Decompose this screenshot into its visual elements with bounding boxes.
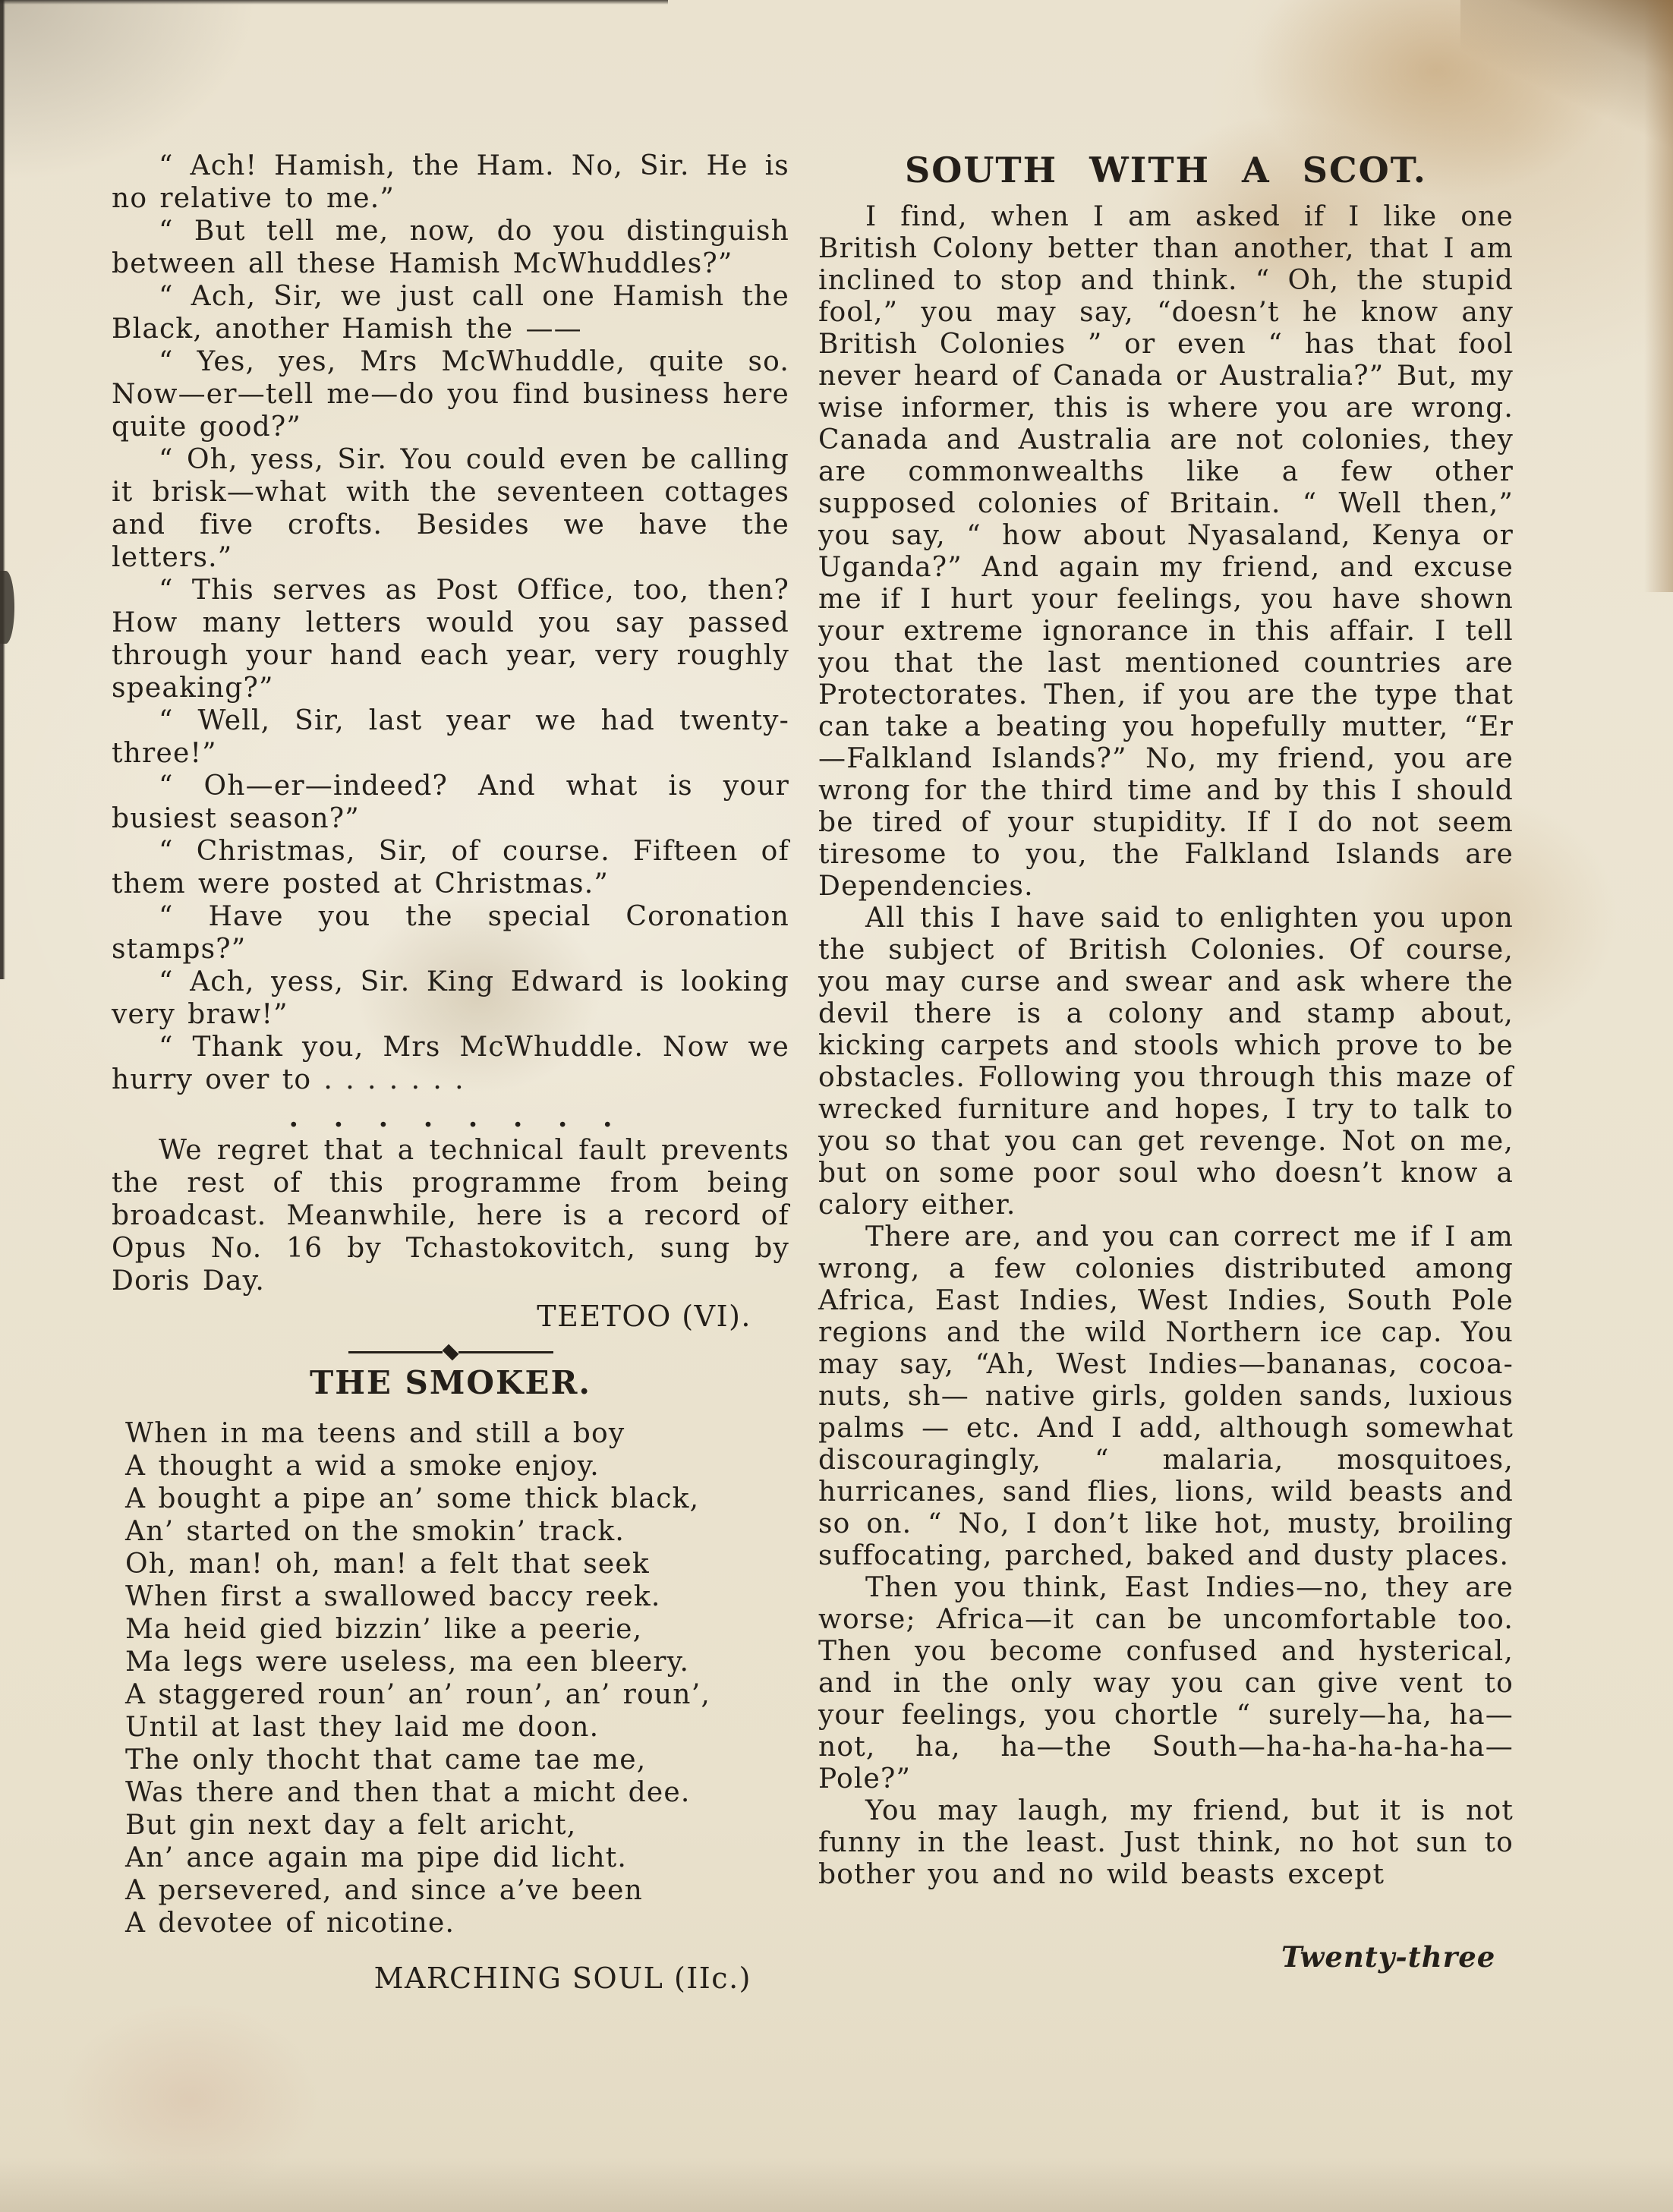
poem-line: Oh, man! oh, man! a felt that seek xyxy=(125,1548,789,1580)
poem-line: A devotee of nicotine. xyxy=(125,1907,789,1939)
dialogue-paragraph: “ Oh—er—indeed? And what is your busiest… xyxy=(112,770,789,835)
page-number: Twenty-three xyxy=(1281,1940,1495,1974)
dialogue-paragraph: “ Ach, Sir, we just call one Hamish the … xyxy=(112,280,789,345)
dialogue-paragraph: “ Christmas, Sir, of course. Fifteen of … xyxy=(112,835,789,900)
scan-edge-notch xyxy=(0,571,14,644)
divider-line xyxy=(458,1351,553,1353)
divider-line xyxy=(348,1351,443,1353)
magazine-page: “ Ach! Hamish, the Ham. No, Sir. He is n… xyxy=(0,0,1673,2212)
dialogue-paragraph: “ Well, Sir, last year we had twenty-thr… xyxy=(112,704,789,770)
right-column: SOUTH WITH A SCOT. I find, when I am ask… xyxy=(818,150,1514,1891)
poem-line: An’ started on the smokin’ track. xyxy=(125,1515,789,1548)
teetoo-signature: TEETOO (VI). xyxy=(112,1300,789,1333)
paper-stain-bottom-left xyxy=(61,2004,319,2194)
dialogue-paragraph: “ Have you the special Coronation stamps… xyxy=(112,900,789,966)
page-edge-band-bottom xyxy=(0,2157,1673,2212)
poem-line: The only thocht that came tae me, xyxy=(125,1744,789,1776)
poem-title: THE SMOKER. xyxy=(112,1366,789,1401)
article-paragraph: There are, and you can correct me if I a… xyxy=(818,1221,1514,1572)
poem-signature: MARCHING SOUL (IIc.) xyxy=(112,1962,789,1995)
poem-line: Until at last they laid me doon. xyxy=(125,1711,789,1744)
poem-line: When first a swallowed baccy reek. xyxy=(125,1580,789,1613)
announcement-paragraph: We regret that a technical fault prevent… xyxy=(112,1134,789,1297)
poem-line: Ma legs were useless, ma een bleery. xyxy=(125,1646,789,1678)
dialogue-paragraph: “ Oh, yess, Sir. You could even be calli… xyxy=(112,443,789,574)
poem-line: But gin next day a felt aricht, xyxy=(125,1809,789,1842)
left-column: “ Ach! Hamish, the Ham. No, Sir. He is n… xyxy=(112,150,789,1995)
article-paragraph: You may laugh, my friend, but it is not … xyxy=(818,1795,1514,1891)
article-title: SOUTH WITH A SCOT. xyxy=(818,150,1514,191)
poem-line: When in ma teens and still a boy xyxy=(125,1417,789,1450)
dialogue-paragraph: “ This serves as Post Office, too, then?… xyxy=(112,574,789,704)
poem-line: An’ ance again ma pipe did licht. xyxy=(125,1842,789,1874)
section-break-dots: . . . . . . . . xyxy=(112,1102,789,1133)
article-paragraph: Then you think, East Indies—no, they are… xyxy=(818,1572,1514,1795)
poem-line: A persevered, and since a’ve been xyxy=(125,1874,789,1907)
section-divider xyxy=(348,1347,553,1358)
poem-line: A bought a pipe an’ some thick black, xyxy=(125,1483,789,1515)
scan-edge-left xyxy=(0,0,5,979)
poem-line: Ma heid gied bizzin’ like a peerie, xyxy=(125,1613,789,1646)
dialogue-paragraph: “ Ach, yess, Sir. King Edward is looking… xyxy=(112,966,789,1031)
dialogue-paragraph: “ Thank you, Mrs McWhuddle. Now we hurry… xyxy=(112,1031,789,1096)
dialogue-paragraph: “ Ach! Hamish, the Ham. No, Sir. He is n… xyxy=(112,150,789,215)
poem-line: A staggered roun’ an’ roun’, an’ roun’, xyxy=(125,1678,789,1711)
poem: When in ma teens and still a boy A thoug… xyxy=(112,1417,789,1939)
poem-line: Was there and then that a micht dee. xyxy=(125,1776,789,1809)
poem-line: A thought a wid a smoke enjoy. xyxy=(125,1450,789,1483)
dialogue-paragraph: “ Yes, yes, Mrs McWhuddle, quite so. Now… xyxy=(112,345,789,443)
page-edge-band-right xyxy=(1644,0,1673,592)
dialogue-paragraph: “ But tell me, now, do you distinguish b… xyxy=(112,215,789,280)
diamond-ornament xyxy=(443,1344,459,1361)
article-paragraph: I find, when I am asked if I like one Br… xyxy=(818,201,1514,903)
article-paragraph: All this I have said to enlighten you up… xyxy=(818,903,1514,1221)
scan-edge-top xyxy=(0,0,668,5)
